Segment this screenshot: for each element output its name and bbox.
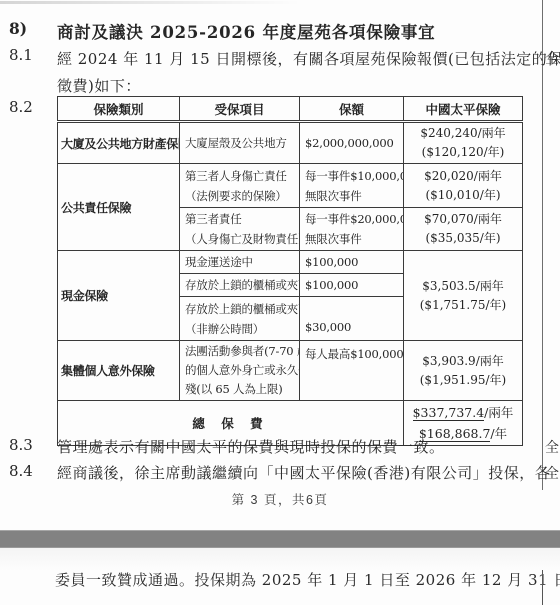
- amount-cell: 每一事件$20,000,000 無限次事件: [300, 208, 404, 251]
- table-row: 現金保險 現金運送途中 $100,000 $3,503.5/兩年 ($1,751…: [58, 251, 523, 274]
- item-line: （人身傷亡及財物責任）: [185, 229, 297, 249]
- premium-line: $240,240/兩年: [404, 124, 522, 143]
- clause-number: 8.4: [9, 462, 33, 480]
- total-unit: /年: [490, 426, 507, 441]
- amount-line: 每一事件$10,000,000: [305, 166, 401, 186]
- item-line: 現金運送途中: [185, 252, 297, 272]
- clause-number: 8.3: [9, 436, 33, 454]
- premium-cell: $240,240/兩年 ($120,120/年): [404, 122, 523, 164]
- premium-line: $20,020/兩年: [404, 167, 522, 186]
- amount-cell: $2,000,000,000: [300, 122, 404, 164]
- premium-line: ($1,751.75/年): [404, 296, 522, 315]
- item-cell: 第三者人身傷亡責任 （法例要求的保險）: [180, 164, 300, 208]
- premium-cell: $20,020/兩年 ($10,010/年): [404, 164, 523, 208]
- header-insurer: 中國太平保險: [404, 97, 523, 122]
- amount-line: 每人最高$100,000: [305, 344, 401, 364]
- header-sum-insured: 保額: [300, 97, 404, 122]
- category-cell: 現金保險: [58, 251, 180, 341]
- premium-line: ($35,035/年): [404, 229, 522, 248]
- clause-text: 管理處表示有關中國太平的保費與現時投保的保費一致。: [57, 436, 445, 457]
- premium-line: ($1,951.95/年): [404, 371, 522, 390]
- item-line: 法團活動參與者(7-70 歲): [185, 342, 297, 361]
- item-line: （非辦公時間）: [185, 319, 297, 339]
- insurance-quote-table: 保險類別 受保項目 保額 中國太平保險 大廈及公共地方財產保險 大廈屋殼及公共地…: [57, 96, 523, 446]
- category-cell: 集體個人意外保險: [58, 341, 180, 401]
- resolution-note: 委員一致贊成通過。投保期為 2025 年 1 月 1 日至 2026 年 12 …: [55, 569, 560, 590]
- clause-text: 經商議後，徐主席動議繼續向「中國太平保險(香港)有限公司」投保，各: [57, 462, 550, 483]
- table-row: 公共責任保險 第三者人身傷亡責任 （法例要求的保險） 每一事件$10,000,0…: [58, 164, 523, 208]
- amount-cell: $100,000: [300, 274, 404, 297]
- amount-line: $30,000: [305, 317, 401, 337]
- item-cell: 存放於上鎖的櫃桶或夾萬 （非辦公時間）: [180, 297, 300, 341]
- scan-artifact: [0, 1, 300, 4]
- document-page: 全 全 全 8) 商討及議決 2025-2026 年度屋苑各項保險事宜 8.1 …: [0, 0, 560, 530]
- amount-cell: $30,000: [300, 297, 404, 341]
- total-premium-line: $337,737.4/兩年: [405, 402, 521, 423]
- amount-cell: 每人最高$100,000: [300, 341, 404, 401]
- item-line: 存放於上鎖的櫃桶或夾萬: [185, 299, 297, 319]
- item-line: 的個人意外身亡或永久傷: [185, 361, 297, 380]
- next-page-strip: 委員一致贊成通過。投保期為 2025 年 1 月 1 日至 2026 年 12 …: [0, 548, 560, 605]
- item-line: 第三者人身傷亡責任: [185, 166, 297, 186]
- amount-line: $100,000: [305, 252, 401, 272]
- item-cell: 法團活動參與者(7-70 歲) 的個人意外身亡或永久傷 殘(以 65 人為上限): [180, 341, 300, 401]
- page-number-footer: 第 3 頁，共6頁: [0, 490, 560, 508]
- page-edge-line: [542, 570, 543, 605]
- table-row: 大廈及公共地方財產保險 大廈屋殼及公共地方 $2,000,000,000 $24…: [58, 122, 523, 164]
- margin-char: 全: [545, 437, 559, 457]
- header-insurance-class: 保險類別: [58, 97, 180, 122]
- amount-line: 無限次事件: [305, 186, 401, 206]
- total-amount: $337,737.4: [413, 405, 485, 421]
- premium-line: $3,903.9/兩年: [404, 352, 522, 371]
- item-cell: 存放於上鎖的櫃桶或夾萬: [180, 274, 300, 297]
- section-heading: 商討及議決 2025-2026 年度屋苑各項保險事宜: [57, 19, 435, 43]
- amount-line: $2,000,000,000: [305, 133, 401, 153]
- item-line: 大廈屋殼及公共地方: [185, 133, 297, 153]
- premium-line: $3,503.5/兩年: [404, 277, 522, 296]
- header-insured-item: 受保項目: [180, 97, 300, 122]
- clause-number: 8.1: [9, 46, 33, 64]
- category-cell: 大廈及公共地方財產保險: [58, 122, 180, 164]
- clause-number: 8): [9, 19, 27, 38]
- item-line: 存放於上鎖的櫃桶或夾萬: [185, 275, 297, 295]
- total-unit: /兩年: [484, 405, 513, 420]
- amount-cell: $100,000: [300, 251, 404, 274]
- premium-cell: $70,070/兩年 ($35,035/年): [404, 208, 523, 251]
- premium-line: $70,070/兩年: [404, 210, 522, 229]
- clause-number-8-2: 8.2: [9, 98, 33, 116]
- page-separator-band: [0, 530, 560, 548]
- premium-cell: $3,903.9/兩年 ($1,951.95/年): [404, 341, 523, 401]
- clause-text: 經 2024 年 11 月 15 日開標後，有關各項屋苑保險報價(已包括法定的保…: [57, 46, 560, 100]
- amount-line: 每一事件$20,000,000: [305, 209, 401, 229]
- item-line: 殘(以 65 人為上限): [185, 380, 297, 399]
- item-cell: 第三者責任 （人身傷亡及財物責任）: [180, 208, 300, 251]
- clause-text-line: 經 2024 年 11 月 15 日開標後，有關各項屋苑保險報價(已包括法定的保…: [57, 46, 560, 73]
- premium-line: ($120,120/年): [404, 143, 522, 162]
- item-cell: 大廈屋殼及公共地方: [180, 122, 300, 164]
- premium-cell-merged: $3,503.5/兩年 ($1,751.75/年): [404, 251, 523, 341]
- item-cell: 現金運送途中: [180, 251, 300, 274]
- premium-line: ($10,010/年): [404, 186, 522, 205]
- category-cell: 公共責任保險: [58, 164, 180, 251]
- table-header-row: 保險類別 受保項目 保額 中國太平保險: [58, 97, 523, 122]
- amount-cell: 每一事件$10,000,000 無限次事件: [300, 164, 404, 208]
- item-line: （法例要求的保險）: [185, 186, 297, 206]
- amount-line: $100,000: [305, 275, 401, 295]
- table-row: 集體個人意外保險 法團活動參與者(7-70 歲) 的個人意外身亡或永久傷 殘(以…: [58, 341, 523, 401]
- amount-line: 無限次事件: [305, 229, 401, 249]
- item-line: 第三者責任: [185, 209, 297, 229]
